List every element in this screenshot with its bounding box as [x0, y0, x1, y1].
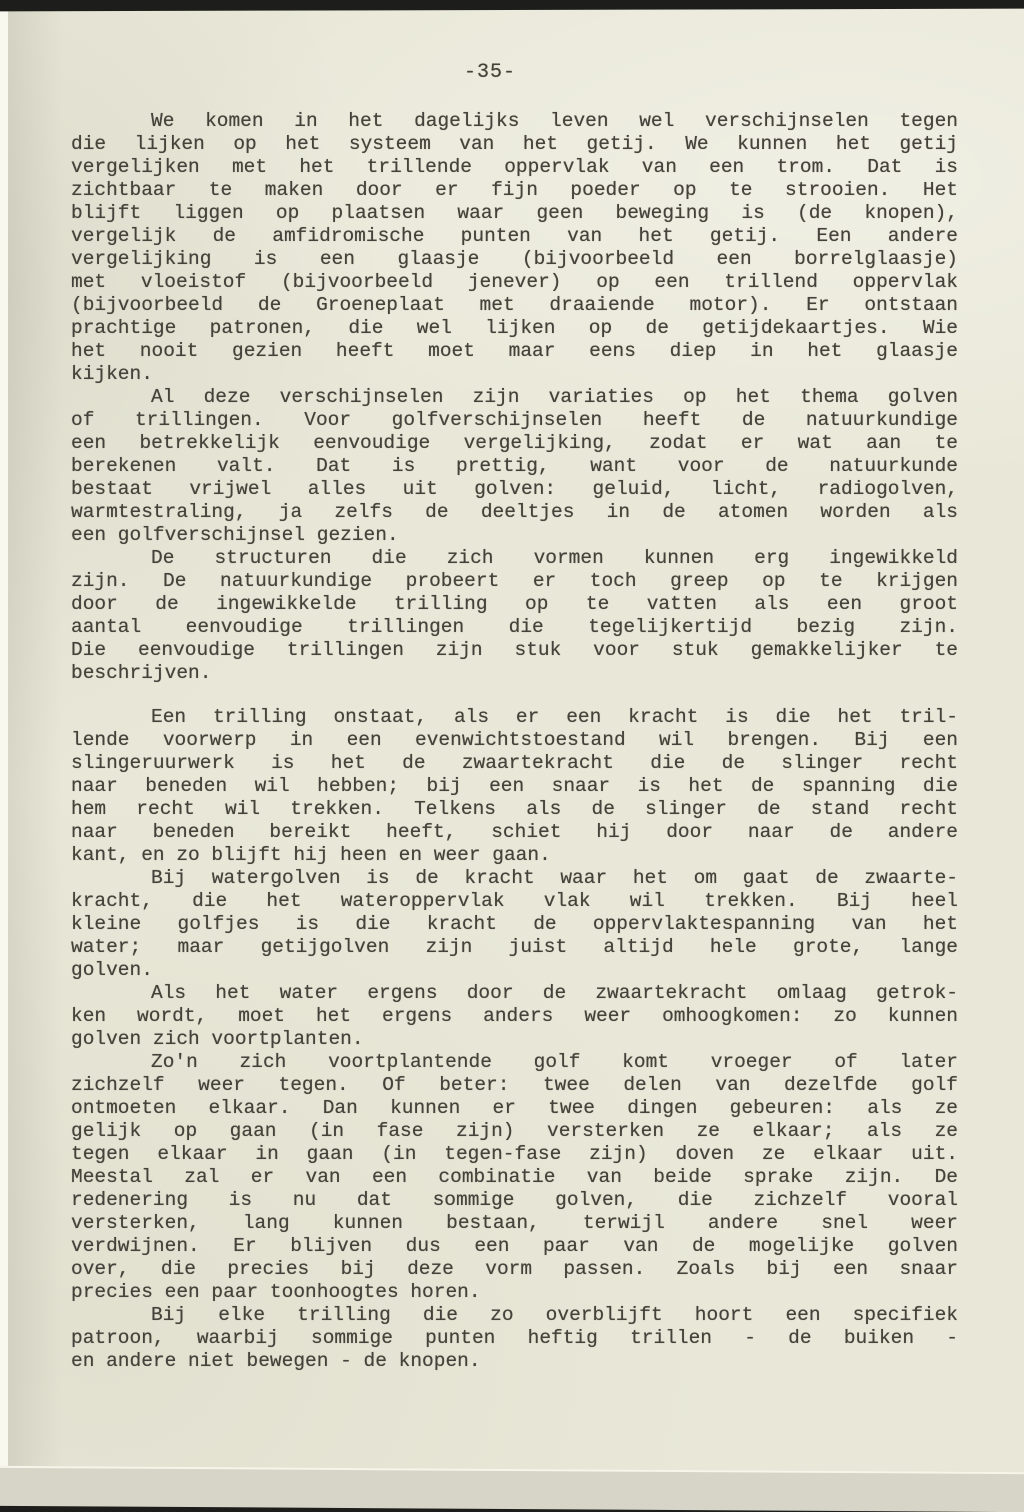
paragraph: We komen in het dagelijks leven wel vers… [71, 110, 958, 386]
text-line: zichtbaar te maken door er fijn poeder o… [71, 179, 958, 202]
text-line: over, die precies bij deze vorm passen. … [71, 1258, 958, 1281]
text-line: slingeruurwerk is het de zwaartekracht d… [71, 752, 958, 775]
scanned-page: -35- We komen in het dagelijks leven wel… [0, 0, 1024, 1479]
text-line: die lijken op het systeem van het getij.… [71, 133, 958, 156]
text-line: prachtige patronen, die wel lijken op de… [71, 317, 958, 340]
text-line: Als het water ergens door de zwaartekrac… [71, 982, 958, 1005]
text-line: vergelijk de amfidromische punten van he… [71, 225, 958, 248]
text-line: het nooit gezien heeft moet maar eens di… [71, 340, 958, 363]
text-line: kant, en zo blijft hij heen en weer gaan… [71, 844, 958, 867]
text-line: Zo'n zich voortplantende golf komt vroeg… [71, 1051, 958, 1074]
paragraph: Zo'n zich voortplantende golf komt vroeg… [71, 1051, 958, 1304]
text-line: kijken. [71, 363, 958, 386]
text-line: ontmoeten elkaar. Dan kunnen er twee din… [71, 1097, 958, 1120]
paragraph: De structuren die zich vormen kunnen erg… [71, 547, 958, 685]
text-line: naar beneden wil hebben; bij een snaar i… [71, 775, 958, 798]
text-line: een betrekkelijk eenvoudige vergelijking… [71, 432, 958, 455]
text-line: en andere niet bewegen - de knopen. [71, 1350, 958, 1373]
text-line: Meestal zal er van een combinatie van be… [71, 1166, 958, 1189]
text-line: met vloeistof (bijvoorbeeld jenever) op … [71, 271, 958, 294]
text-line: door de ingewikkelde trilling op te vatt… [71, 593, 958, 616]
text-line: Die eenvoudige trillingen zijn stuk voor… [71, 639, 958, 662]
text-line: Een trilling onstaat, als er een kracht … [71, 706, 958, 729]
scan-edge-bottom [0, 1466, 1024, 1479]
text-line: lende voorwerp in een evenwichtstoestand… [71, 729, 958, 752]
scan-edge-top [0, 0, 1024, 11]
page-left-edge [0, 8, 8, 1479]
paragraph: Al deze verschijnselen zijn variaties op… [71, 386, 958, 547]
page-number: -35- [464, 61, 516, 84]
text-line: zijn. De natuurkundige probeert er toch … [71, 570, 958, 593]
paragraph: Een trilling onstaat, als er een kracht … [71, 706, 958, 867]
text-line: aantal eenvoudige trillingen die tegelij… [71, 616, 958, 639]
text-line: De structuren die zich vormen kunnen erg… [71, 547, 958, 570]
text-line: vergelijking is een glaasje (bijvoorbeel… [71, 248, 958, 271]
text-line: hem recht wil trekken. Telkens als de sl… [71, 798, 958, 821]
paragraph: Als het water ergens door de zwaartekrac… [71, 982, 958, 1051]
text-line: patroon, waarbij sommige punten heftig t… [71, 1327, 958, 1350]
text-line: golven. [71, 959, 958, 982]
document-text: We komen in het dagelijks leven wel vers… [71, 110, 958, 1373]
text-line: of trillingen. Voor golfverschijnselen h… [71, 409, 958, 432]
page-left-shadow [8, 0, 63, 1479]
text-line: naar beneden bereikt heeft, schiet hij d… [71, 821, 958, 844]
text-line: warmtestraling, ja zelfs de deeltjes in … [71, 501, 958, 524]
text-line: precies een paar toonhoogtes horen. [71, 1281, 958, 1304]
text-line: kracht, die het wateroppervlak vlak wil … [71, 890, 958, 913]
text-line: (bijvoorbeeld de Groeneplaat met draaien… [71, 294, 958, 317]
paragraph: Bij watergolven is de kracht waar het om… [71, 867, 958, 982]
text-line: Bij watergolven is de kracht waar het om… [71, 867, 958, 890]
text-line: kleine golfjes is die kracht de oppervla… [71, 913, 958, 936]
text-line: een golfverschijnsel gezien. [71, 524, 958, 547]
text-line: versterken, lang kunnen bestaan, terwijl… [71, 1212, 958, 1235]
paragraph: Bij elke trilling die zo overblijft hoor… [71, 1304, 958, 1373]
text-line: Al deze verschijnselen zijn variaties op… [71, 386, 958, 409]
text-line: vergelijken met het trillende oppervlak … [71, 156, 958, 179]
text-line: bestaat vrijwel alles uit golven: geluid… [71, 478, 958, 501]
text-line: Bij elke trilling die zo overblijft hoor… [71, 1304, 958, 1327]
text-line: tegen elkaar in gaan (in tegen-fase zijn… [71, 1143, 958, 1166]
text-line: verdwijnen. Er blijven dus een paar van … [71, 1235, 958, 1258]
text-line: blijft liggen op plaatsen waar geen bewe… [71, 202, 958, 225]
text-line: water; maar getijgolven zijn juist altij… [71, 936, 958, 959]
text-line: golven zich voortplanten. [71, 1028, 958, 1051]
text-line: ken wordt, moet het ergens anders weer o… [71, 1005, 958, 1028]
text-line: beschrijven. [71, 662, 958, 685]
text-line: We komen in het dagelijks leven wel vers… [71, 110, 958, 133]
text-line: gelijk op gaan (in fase zijn) versterken… [71, 1120, 958, 1143]
text-line: berekenen valt. Dat is prettig, want voo… [71, 455, 958, 478]
text-line: redenering is nu dat sommige golven, die… [71, 1189, 958, 1212]
text-line: zichzelf weer tegen. Of beter: twee dele… [71, 1074, 958, 1097]
